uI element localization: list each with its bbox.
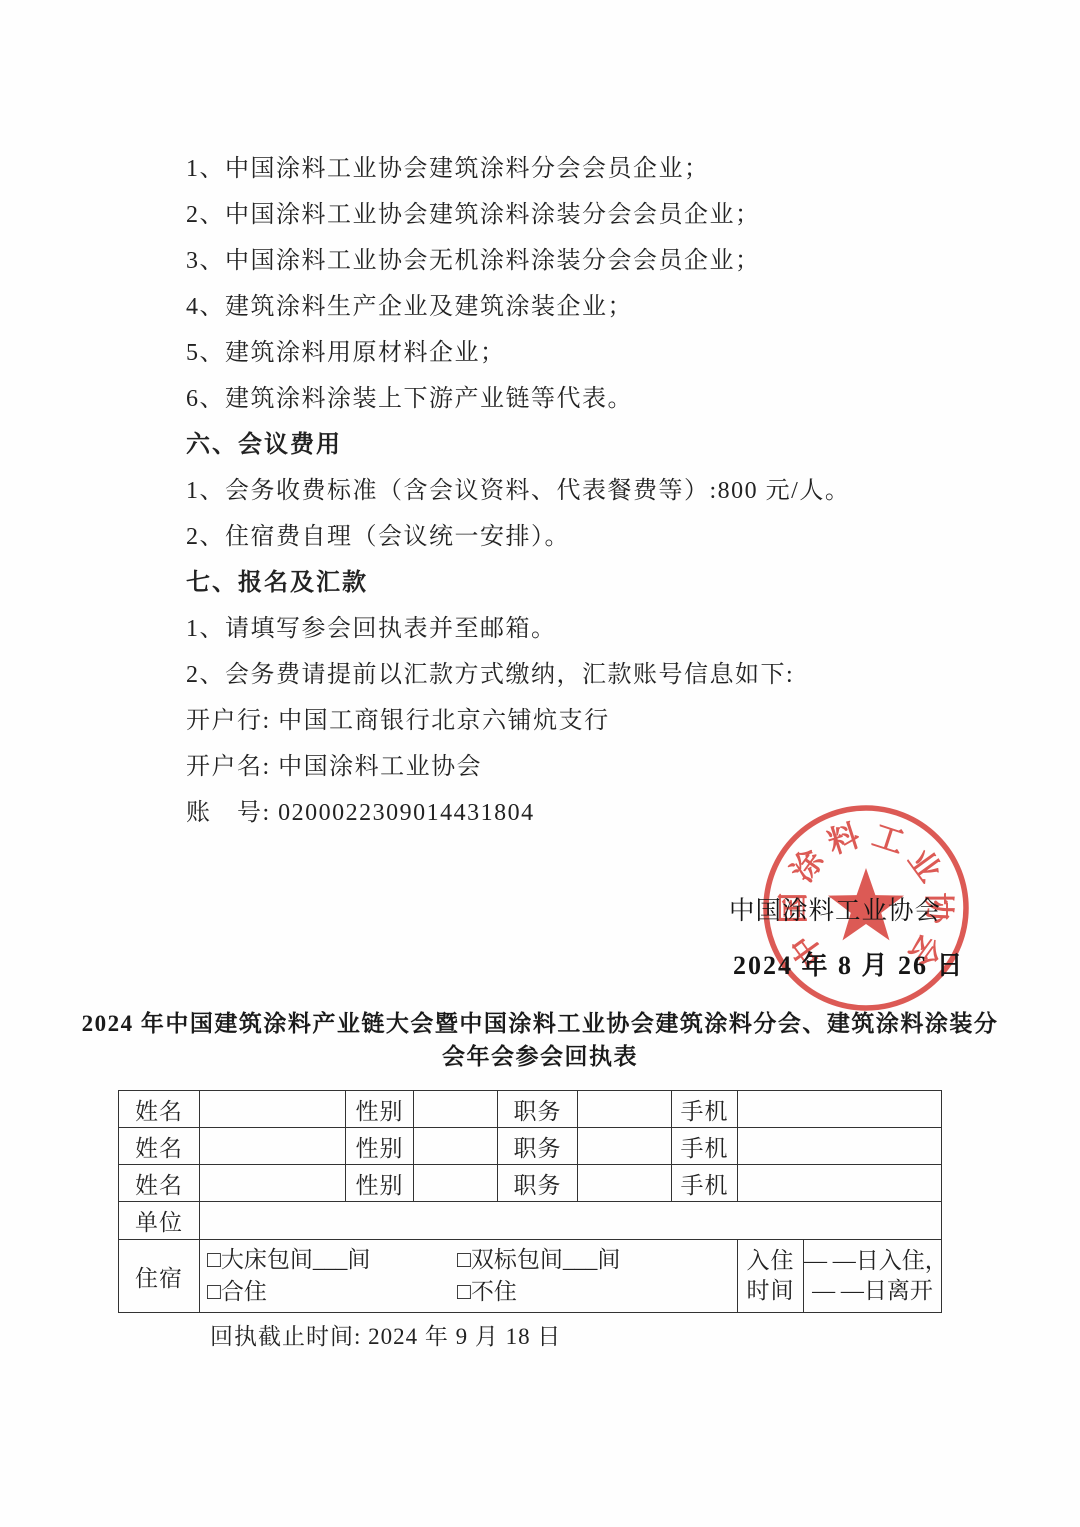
name-label: 姓名 [119, 1128, 200, 1165]
name-label: 姓名 [119, 1091, 200, 1128]
unit-row: 单位 [119, 1202, 942, 1240]
option-twin-room: □双标包间___间 [457, 1247, 737, 1273]
title-label: 职务 [498, 1091, 578, 1128]
phone-label: 手机 [672, 1091, 738, 1128]
fee-item-2: 2、住宿费自理（会议统一安排）。 [186, 514, 996, 560]
title-input-cell [578, 1165, 672, 1202]
title-label: 职务 [498, 1165, 578, 1202]
notice-body: 1、中国涂料工业协会建筑涂料分会会员企业； 2、中国涂料工业协会建筑涂料涂装分会… [186, 146, 996, 836]
eligibility-item-2: 2、中国涂料工业协会建筑涂料涂装分会会员企业； [186, 192, 996, 238]
svg-text:工: 工 [868, 818, 908, 861]
registration-item-1: 1、请填写参会回执表并至邮箱。 [186, 606, 996, 652]
gender-input-cell [414, 1128, 498, 1165]
eligibility-item-1: 1、中国涂料工业协会建筑涂料分会会员企业； [186, 146, 996, 192]
name-input-cell [200, 1128, 346, 1165]
account-name-line: 开户名: 中国涂料工业协会 [186, 744, 996, 790]
svg-text:涂: 涂 [784, 843, 831, 889]
person-row-1: 姓名 性别 职务 手机 [119, 1091, 942, 1128]
name-input-cell [200, 1091, 346, 1128]
reply-deadline: 回执截止时间: 2024 年 9 月 18 日 [210, 1318, 561, 1351]
signature-date: 2024 年 8 月 26 日 [733, 945, 965, 982]
phone-label: 手机 [672, 1165, 738, 1202]
unit-input-cell [200, 1202, 942, 1240]
name-label: 姓名 [119, 1165, 200, 1202]
gender-input-cell [414, 1091, 498, 1128]
fee-item-1: 1、会务收费标准（含会议资料、代表餐费等）:800 元/人。 [186, 468, 996, 514]
person-row-3: 姓名 性别 职务 手机 [119, 1165, 942, 1202]
section-heading-fees: 六、会议费用 [186, 422, 996, 468]
option-no-room: □不住 [457, 1279, 737, 1305]
person-row-2: 姓名 性别 职务 手机 [119, 1128, 942, 1165]
eligibility-item-4: 4、建筑涂料生产企业及建筑涂装企业； [186, 284, 996, 330]
option-share-room: □合住 [207, 1279, 457, 1305]
phone-input-cell [738, 1091, 942, 1128]
title-input-cell [578, 1128, 672, 1165]
option-king-room: □大床包间___间 [207, 1247, 457, 1273]
svg-text:料: 料 [823, 818, 863, 861]
phone-input-cell [738, 1128, 942, 1165]
registration-item-2: 2、会务费请提前以汇款方式缴纳，汇款账号信息如下: [186, 652, 996, 698]
gender-label: 性别 [346, 1128, 414, 1165]
name-input-cell [200, 1165, 346, 1202]
title-input-cell [578, 1091, 672, 1128]
gender-label: 性别 [346, 1165, 414, 1202]
eligibility-item-6: 6、建筑涂料涂装上下游产业链等代表。 [186, 376, 996, 422]
bank-name-line: 开户行: 中国工商银行北京六铺炕支行 [186, 698, 996, 744]
title-label: 职务 [498, 1128, 578, 1165]
accommodation-options-cell: □大床包间___间 □双标包间___间 □合住 □不住 [200, 1240, 738, 1313]
phone-input-cell [738, 1165, 942, 1202]
signature-organization: 中国涂料工业协会 [729, 891, 941, 927]
phone-label: 手机 [672, 1128, 738, 1165]
checkin-dates-cell: — —日入住， — —日离开 [804, 1240, 942, 1313]
checkin-time-label: 入住 时间 [738, 1240, 804, 1313]
eligibility-item-3: 3、中国涂料工业协会无机涂料涂装分会会员企业； [186, 238, 996, 284]
gender-label: 性别 [346, 1091, 414, 1128]
document-page: 1、中国涂料工业协会建筑涂料分会会员企业； 2、中国涂料工业协会建筑涂料涂装分会… [0, 0, 1080, 1527]
accommodation-label: 住宿 [119, 1240, 200, 1313]
svg-text:业: 业 [901, 843, 948, 889]
unit-label: 单位 [119, 1202, 200, 1240]
eligibility-item-5: 5、建筑涂料用原材料企业； [186, 330, 996, 376]
gender-input-cell [414, 1165, 498, 1202]
reply-form-title-line2: 会年会参会回执表 [0, 1040, 1080, 1073]
reply-form-table: 姓名 性别 职务 手机 姓名 性别 职务 手机 姓名 [118, 1090, 942, 1313]
section-heading-registration: 七、报名及汇款 [186, 560, 996, 606]
accommodation-row: 住宿 □大床包间___间 □双标包间___间 □合住 □不住 入住 时间 — —… [119, 1240, 942, 1313]
